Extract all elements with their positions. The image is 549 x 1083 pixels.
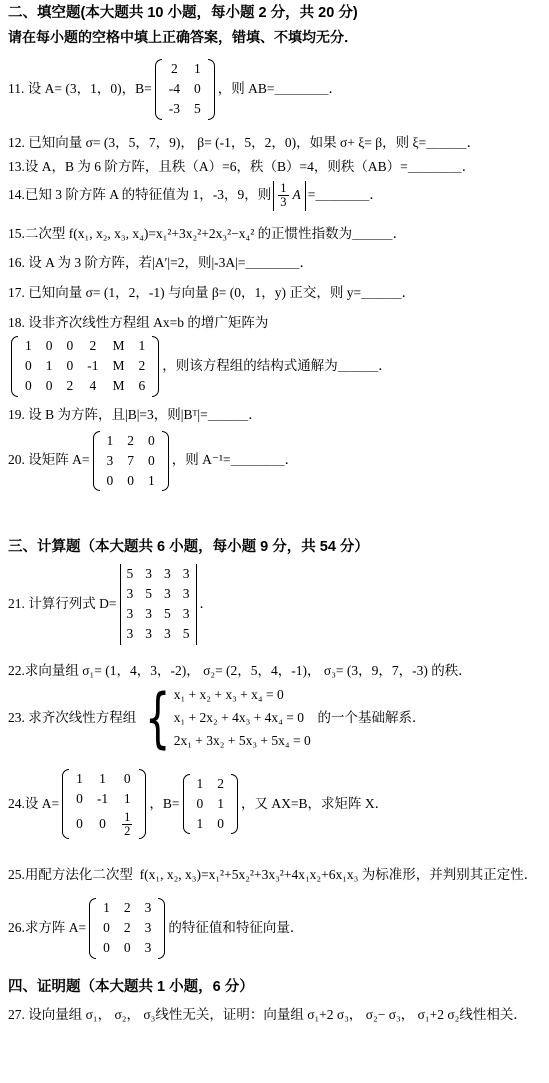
- q11-matrix-b: 21-40-35: [155, 59, 215, 120]
- det-bar-right: [196, 564, 197, 645]
- q24-matrix-b-cells: 120110: [190, 774, 232, 835]
- q14-text-pre: 14.已知 3 阶方阵 A 的特征值为 1，-3，9，则: [8, 187, 271, 204]
- fraction-numerator: 1: [278, 182, 288, 195]
- question-13: 13.设 A，B 为 6 阶方阵，且秩（A）=6，秩（B）=4，则秩（AB）=＿…: [8, 159, 541, 176]
- question-18-matrix-row: 1002M1010-1M20024M6 ，则该方程组的结构式通解为＿＿＿．: [8, 336, 541, 397]
- question-14: 14.已知 3 阶方阵 A 的特征值为 1，-3，9，则 13A =＿＿＿＿．: [8, 181, 541, 210]
- q20-matrix-cells: 120370001: [100, 431, 162, 492]
- exam-paper: 二、填空题(本大题共 10 小题，每小题 2 分，共 20 分) 请在每小题的空…: [0, 0, 549, 1024]
- paren-right: [139, 769, 146, 839]
- q20-text-pre: 20. 设矩阵 A=: [8, 452, 90, 469]
- q18-text-pre: 18. 设非齐次线性方程组 Ax=b 的增广矩阵为: [8, 315, 541, 332]
- q24-matrix-a: 1100-110012: [62, 769, 146, 839]
- question-27: 27. 设向量组 σ₁， σ₂， σ₃线性无关，证明：向量组 σ₁+2 σ₃， …: [8, 1007, 541, 1024]
- q21-text-pre: 21. 计算行列式 D=: [8, 596, 117, 613]
- q23-text-pre: 23. 求齐次线性方程组: [8, 710, 136, 727]
- question-23: 23. 求齐次线性方程组 {x₁ + x₂ + x₃ + x₄ = 0x₁ + …: [8, 684, 541, 753]
- section-proof-heading: 四、证明题（本大题共 1 小题，6 分）: [8, 979, 541, 996]
- q24-matrix-a-cells: 1100-110012: [69, 769, 139, 839]
- q18-text-post: ，则该方程组的结构式通解为＿＿＿．: [162, 358, 392, 375]
- question-19: 19. 设 B 为方阵，且|B|=3，则|Bᵀ|=＿＿＿．: [8, 407, 541, 424]
- q11-text-pre: 11. 设 A= (3，1，0)，B=: [8, 81, 152, 98]
- q14-text-post: =＿＿＿＿．: [308, 187, 383, 204]
- q24-text-pre: 24.设 A=: [8, 796, 59, 813]
- question-16: 16. 设 A 为 3 阶方阵，若|A′|=2，则|-3A|=＿＿＿＿．: [8, 255, 541, 272]
- q26-matrix-cells: 123023003: [96, 898, 158, 959]
- q23-equation-system: {x₁ + x₂ + x₃ + x₄ = 0x₁ + 2x₂ + 4x₃ + 4…: [138, 684, 310, 753]
- fraction-denominator: 3: [278, 195, 288, 209]
- paren-right: [208, 59, 215, 120]
- paren-left: [62, 769, 69, 839]
- q26-matrix-a: 123023003: [89, 898, 165, 959]
- question-12: 12. 已知向量 σ= (3，5，7，9)， β= (-1，5，2，0)，如果 …: [8, 135, 541, 152]
- paren-right: [152, 336, 159, 397]
- paren-left: [183, 774, 190, 835]
- question-25: 25.用配方法化二次型 f(x₁, x₂, x₃)=x₁²+5x₂²+3x₃²+…: [8, 855, 541, 894]
- q21-determinant: 5333353333533335: [120, 564, 197, 645]
- question-22: 22.求向量组 σ₁= (1，4，3，-2)， σ₂= (2，5，4，-1)， …: [8, 663, 541, 680]
- q11-matrix-cells: 21-40-35: [162, 59, 208, 120]
- question-24: 24.设 A= 1100-110012 ，B= 120110 ，又 AX=B，求…: [8, 769, 541, 839]
- q14-matrix-symbol: A: [293, 187, 301, 204]
- q20-matrix-a: 120370001: [93, 431, 169, 492]
- section-fill-in-note: 请在每小题的空格中填上正确答案，错填、不填均无分．: [8, 29, 541, 47]
- paren-right: [158, 898, 165, 959]
- q18-matrix-cells: 1002M1010-1M20024M6: [18, 336, 152, 397]
- q24-text-mid: ，B=: [149, 796, 179, 813]
- q26-text-post: 的特征值和特征向量．: [168, 920, 303, 937]
- q26-text-pre: 26.求方阵 A=: [8, 920, 86, 937]
- section-fill-in-heading: 二、填空题(本大题共 10 小题，每小题 2 分，共 20 分): [8, 5, 541, 22]
- q21-text-post: ．: [200, 596, 214, 613]
- q24-text-post: ，又 AX=B，求矩阵 X．: [241, 796, 388, 813]
- q23-text-post: 的一个基础解系．: [311, 710, 426, 727]
- question-20: 20. 设矩阵 A= 120370001 ，则 A⁻¹=＿＿＿＿．: [8, 431, 541, 492]
- q21-det-cells: 5333353333533335: [121, 564, 196, 645]
- question-15: 15.二次型 f(x₁, x₂, x₃, x₄)=x₁²+3x₂²+2x₃²−x…: [8, 226, 541, 243]
- q24-matrix-b: 120110: [183, 774, 239, 835]
- question-17: 17. 已知向量 σ= (1，2，-1) 与向量 β= (0，1，y) 正交，则…: [8, 285, 541, 302]
- one-third-fraction: 13: [278, 182, 288, 209]
- question-21: 21. 计算行列式 D= 5333353333533335 ．: [8, 564, 541, 645]
- q11-text-post: ，则 AB=＿＿＿＿．: [218, 81, 342, 98]
- paren-left: [93, 431, 100, 492]
- paren-left: [89, 898, 96, 959]
- system-brace: {: [145, 691, 171, 746]
- question-11: 11. 设 A= (3，1，0)，B= 21-40-35 ，则 AB=＿＿＿＿．: [8, 59, 541, 120]
- paren-right: [231, 774, 238, 835]
- q14-determinant-abs: 13A: [273, 181, 306, 210]
- q23-equations: x₁ + x₂ + x₃ + x₄ = 0x₁ + 2x₂ + 4x₃ + 4x…: [174, 684, 311, 753]
- paren-right: [162, 431, 169, 492]
- paren-left: [11, 336, 18, 397]
- q18-augmented-matrix: 1002M1010-1M20024M6: [11, 336, 159, 397]
- paren-left: [155, 59, 162, 120]
- section-calculation-heading: 三、计算题（本大题共 6 小题，每小题 9 分，共 54 分）: [8, 539, 541, 556]
- q20-text-post: ，则 A⁻¹=＿＿＿＿．: [172, 452, 298, 469]
- question-26: 26.求方阵 A= 123023003 的特征值和特征向量．: [8, 898, 541, 959]
